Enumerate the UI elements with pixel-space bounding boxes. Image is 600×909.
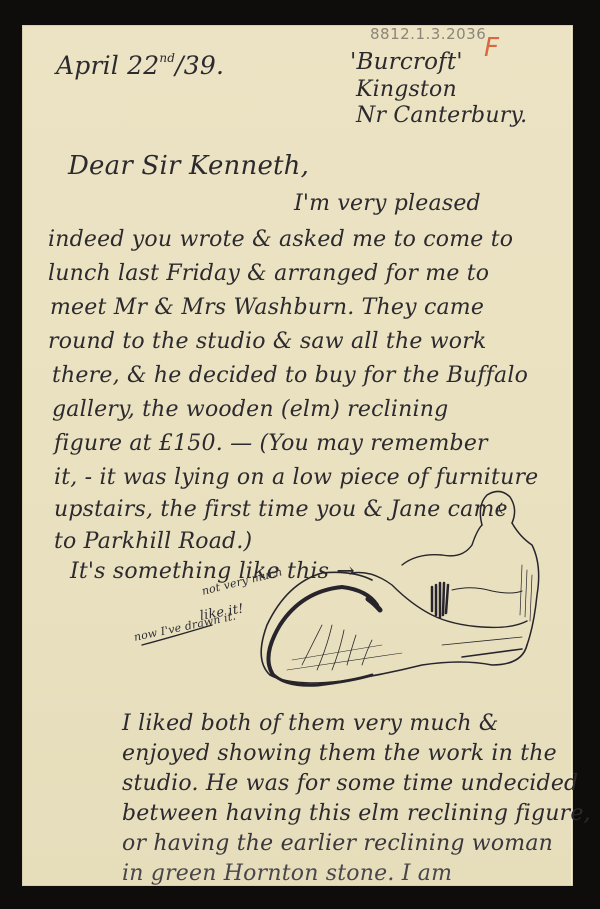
address-line-2: Kingston	[356, 77, 457, 102]
text-line: studio. He was for some time undecided	[122, 771, 578, 796]
text-line: it, - it was lying on a low piece of fur…	[54, 465, 538, 490]
text-line: upstairs, the first time you & Jane came	[54, 497, 508, 522]
text-line: enjoyed showing them the work in the	[122, 741, 557, 766]
letter-date: April 22nd/39.	[56, 51, 224, 80]
archive-reference: 8812.1.3.2036	[370, 25, 486, 43]
scan-background: 8812.1.3.2036 F April 22nd/39. 'Burcroft…	[0, 0, 600, 909]
address-line-3: Nr Canterbury.	[356, 103, 527, 128]
sketch-note-line-3: now I've drawn it.	[133, 609, 238, 643]
letter-page: 8812.1.3.2036 F April 22nd/39. 'Burcroft…	[22, 25, 573, 886]
date-text: April 22	[56, 51, 159, 80]
text-line: there, & he decided to buy for the Buffa…	[52, 363, 528, 388]
date-year: /39.	[175, 51, 224, 80]
text-line: in green Hornton stone. I am	[122, 861, 452, 886]
text-line: figure at £150. — (You may remember	[54, 431, 488, 456]
text-line: gallery, the wooden (elm) reclining	[52, 397, 448, 422]
text-line: between having this elm reclining figure…	[122, 801, 591, 826]
text-line: or having the earlier reclining woman	[122, 831, 553, 856]
text-line: to Parkhill Road.)	[54, 529, 252, 554]
archive-mark: F	[484, 33, 499, 63]
text-line: lunch last Friday & arranged for me to	[48, 261, 489, 286]
text-line: round to the studio & saw all the work	[48, 329, 486, 354]
text-line: I liked both of them very much &	[122, 711, 499, 736]
date-suffix: nd	[159, 51, 175, 65]
text-line-arrow: It's something like this →	[70, 559, 355, 584]
text-line: I'm very pleased	[294, 191, 481, 216]
salutation: Dear Sir Kenneth,	[68, 151, 309, 181]
address-line-1: 'Burcroft'	[350, 49, 463, 75]
text-line: indeed you wrote & asked me to come to	[48, 227, 513, 252]
text-line: meet Mr & Mrs Washburn. They came	[50, 295, 484, 320]
